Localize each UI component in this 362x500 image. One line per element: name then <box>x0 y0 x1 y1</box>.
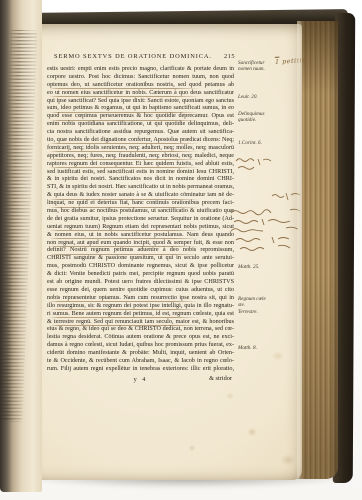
photo-backdrop: SERMO SEXTVS DE ORATIONE DOMINICA. 215 e… <box>0 0 362 500</box>
margin-note: Regnum cœle ste. Terrestre. <box>238 296 300 315</box>
petition-number: 1 <box>275 58 280 66</box>
margin-note: Matth. 25. <box>238 264 300 270</box>
margin-note: Leuit. 20. <box>238 94 300 100</box>
handwritten-scribble-small <box>234 155 274 173</box>
margin-note: Delinquimus quotidie. <box>238 111 300 124</box>
handwritten-marginal-annotation <box>228 206 304 258</box>
left-page-blurred-text <box>0 30 38 423</box>
book-fore-edge <box>297 21 338 479</box>
margin-note: Matth. 8. <box>238 345 300 351</box>
book-page-recto: SERMO SEXTVS DE ORATIONE DOMINICA. 215 e… <box>30 24 302 480</box>
left-page-curled <box>0 0 42 492</box>
margin-note: 1.Corint. 6. <box>238 140 300 146</box>
